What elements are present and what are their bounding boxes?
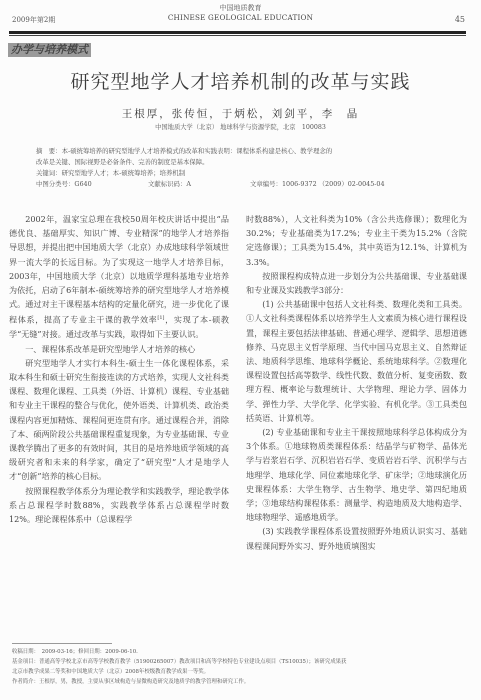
keywords-text: 研究型地学人才；本-硕统筹培养；培养机制 xyxy=(62,169,186,177)
clc-field: 中图分类号：G640 xyxy=(36,179,148,190)
journal-name: 中国地质教育 CHINESE GEOLOGICAL EDUCATION xyxy=(0,4,481,23)
paragraph: 时数88%），人文社科类为10%（含公共选修课）；数理化为30.2%；专业基础类… xyxy=(246,212,467,269)
fund-info-line-2: 北京市教学成果二等奖和中国地质大学（北京）2008年校级教育教学成果一等奖。 xyxy=(12,667,472,677)
body-left-column: 2002年，温家宝总理在我校50周年校庆讲话中提出“品德优良、基础厚实、知识广博… xyxy=(9,212,229,526)
doc-code-field: 文献标识码：A xyxy=(148,179,250,190)
citation-ref[interactable]: [1] xyxy=(157,315,164,321)
fund-info-line-1: 基金项目：普通高等学校北京市高等学校教育教学（51900265007）教改项目和… xyxy=(12,657,472,667)
article-title: 研究型地学人才培养机制的改革与实践 xyxy=(0,67,481,94)
header-rule-thin xyxy=(9,35,466,36)
running-head: 2009年第2期 中国地质教育 CHINESE GEOLOGICAL EDUCA… xyxy=(0,0,481,34)
author-bio: 作者简介：王根厚，男，教授，主要从事区域构造与显微构造研究及地质学的教学管理和研… xyxy=(12,677,472,687)
journal-name-en: CHINESE GEOLOGICAL EDUCATION xyxy=(0,13,481,23)
article-authors: 王根厚，张传恒，于炳松，刘剑平，李 晶 xyxy=(0,106,481,121)
doc-code-value: A xyxy=(186,179,191,190)
abstract-block: 摘 要：本-硕统筹培养的研究型地学人才培养模式的改革和实践表明：课程体系构建是核… xyxy=(36,146,446,190)
paragraph: 2002年，温家宝总理在我校50周年校庆讲话中提出“品德优良、基础厚实、知识广博… xyxy=(9,212,229,342)
page-number: 45 xyxy=(455,15,465,24)
abstract-line-1: 摘 要：本-硕统筹培养的研究型地学人才培养模式的改革和实践表明：课程体系构建是核… xyxy=(36,146,446,157)
paragraph: (1) 公共基础课中包括人文社科类、数理化类和工具类。①人文社科类课程体系以培养… xyxy=(246,297,467,425)
paragraph: 研究型地学人才实行本科生-硕士生一体化课程体系，采取本科生和硕士研究生衔接连读的… xyxy=(9,356,229,484)
doc-code-label: 文献标识码： xyxy=(148,179,186,190)
abstract-label: 摘 要： xyxy=(36,147,62,155)
author-affiliation: 中国地质大学（北京） 地球科学与资源学院，北京 100083 xyxy=(0,122,481,131)
header-rule-thick xyxy=(9,31,466,34)
keywords-label: 关键词： xyxy=(36,169,62,177)
section-heading-1: 一、课程体系改革是研究型地学人才培养的核心 xyxy=(9,342,229,356)
received-dates: 收稿日期： 2009-03-16；修回日期：2009-06-10. xyxy=(12,647,472,657)
clc-value: G640 xyxy=(74,179,91,190)
article-no-field: 文章编号：1006-9372 （2009）02-0045-04 xyxy=(250,179,385,190)
classification-row: 中图分类号：G640 文献标识码：A 文章编号：1006-9372 （2009）… xyxy=(36,179,446,190)
abstract-line-2: 改革是关键、国际视野是必备条件、完善的制度是基本保障。 xyxy=(36,157,446,168)
paragraph: (3) 实践教学课程体系设置按照野外地质认识实习、基础课程课间野外实习、野外地质… xyxy=(246,524,467,552)
article-no-value: 1006-9372 （2009）02-0045-04 xyxy=(282,179,385,190)
section-tag: 办学与培养模式 xyxy=(8,43,91,57)
paragraph: 按照课程构成特点进一步划分为公共基础课、专业基础课和专业课及实践教学3部分： xyxy=(246,269,467,297)
article-no-label: 文章编号： xyxy=(250,179,282,190)
clc-label: 中图分类号： xyxy=(36,179,74,190)
paragraph: (2) 专业基础课和专业主干课按照地球科学总体构成分为3个体系。①地球物质类课程… xyxy=(246,425,467,524)
keywords-line: 关键词：研究型地学人才；本-硕统筹培养；培养机制 xyxy=(36,168,446,179)
footnotes: 收稿日期： 2009-03-16；修回日期：2009-06-10. 基金项目：普… xyxy=(12,647,472,687)
footnote-rule xyxy=(12,643,112,644)
journal-name-cn: 中国地质教育 xyxy=(0,4,481,13)
body-right-column: 时数88%），人文社科类为10%（含公共选修课）；数理化为30.2%；专业基础类… xyxy=(246,212,467,553)
abstract-text-1: 本-硕统筹培养的研究型地学人才培养模式的改革和实践表明：课程体系构建是核心、教学… xyxy=(62,147,333,155)
paragraph: 按照课程教学体系分为理论教学和实践教学，理论教学体系占总课程学时数88%，实践教… xyxy=(9,484,229,527)
paragraph-text: 2002年，温家宝总理在我校50周年校庆讲话中提出“品德优良、基础厚实、知识广博… xyxy=(9,214,229,325)
